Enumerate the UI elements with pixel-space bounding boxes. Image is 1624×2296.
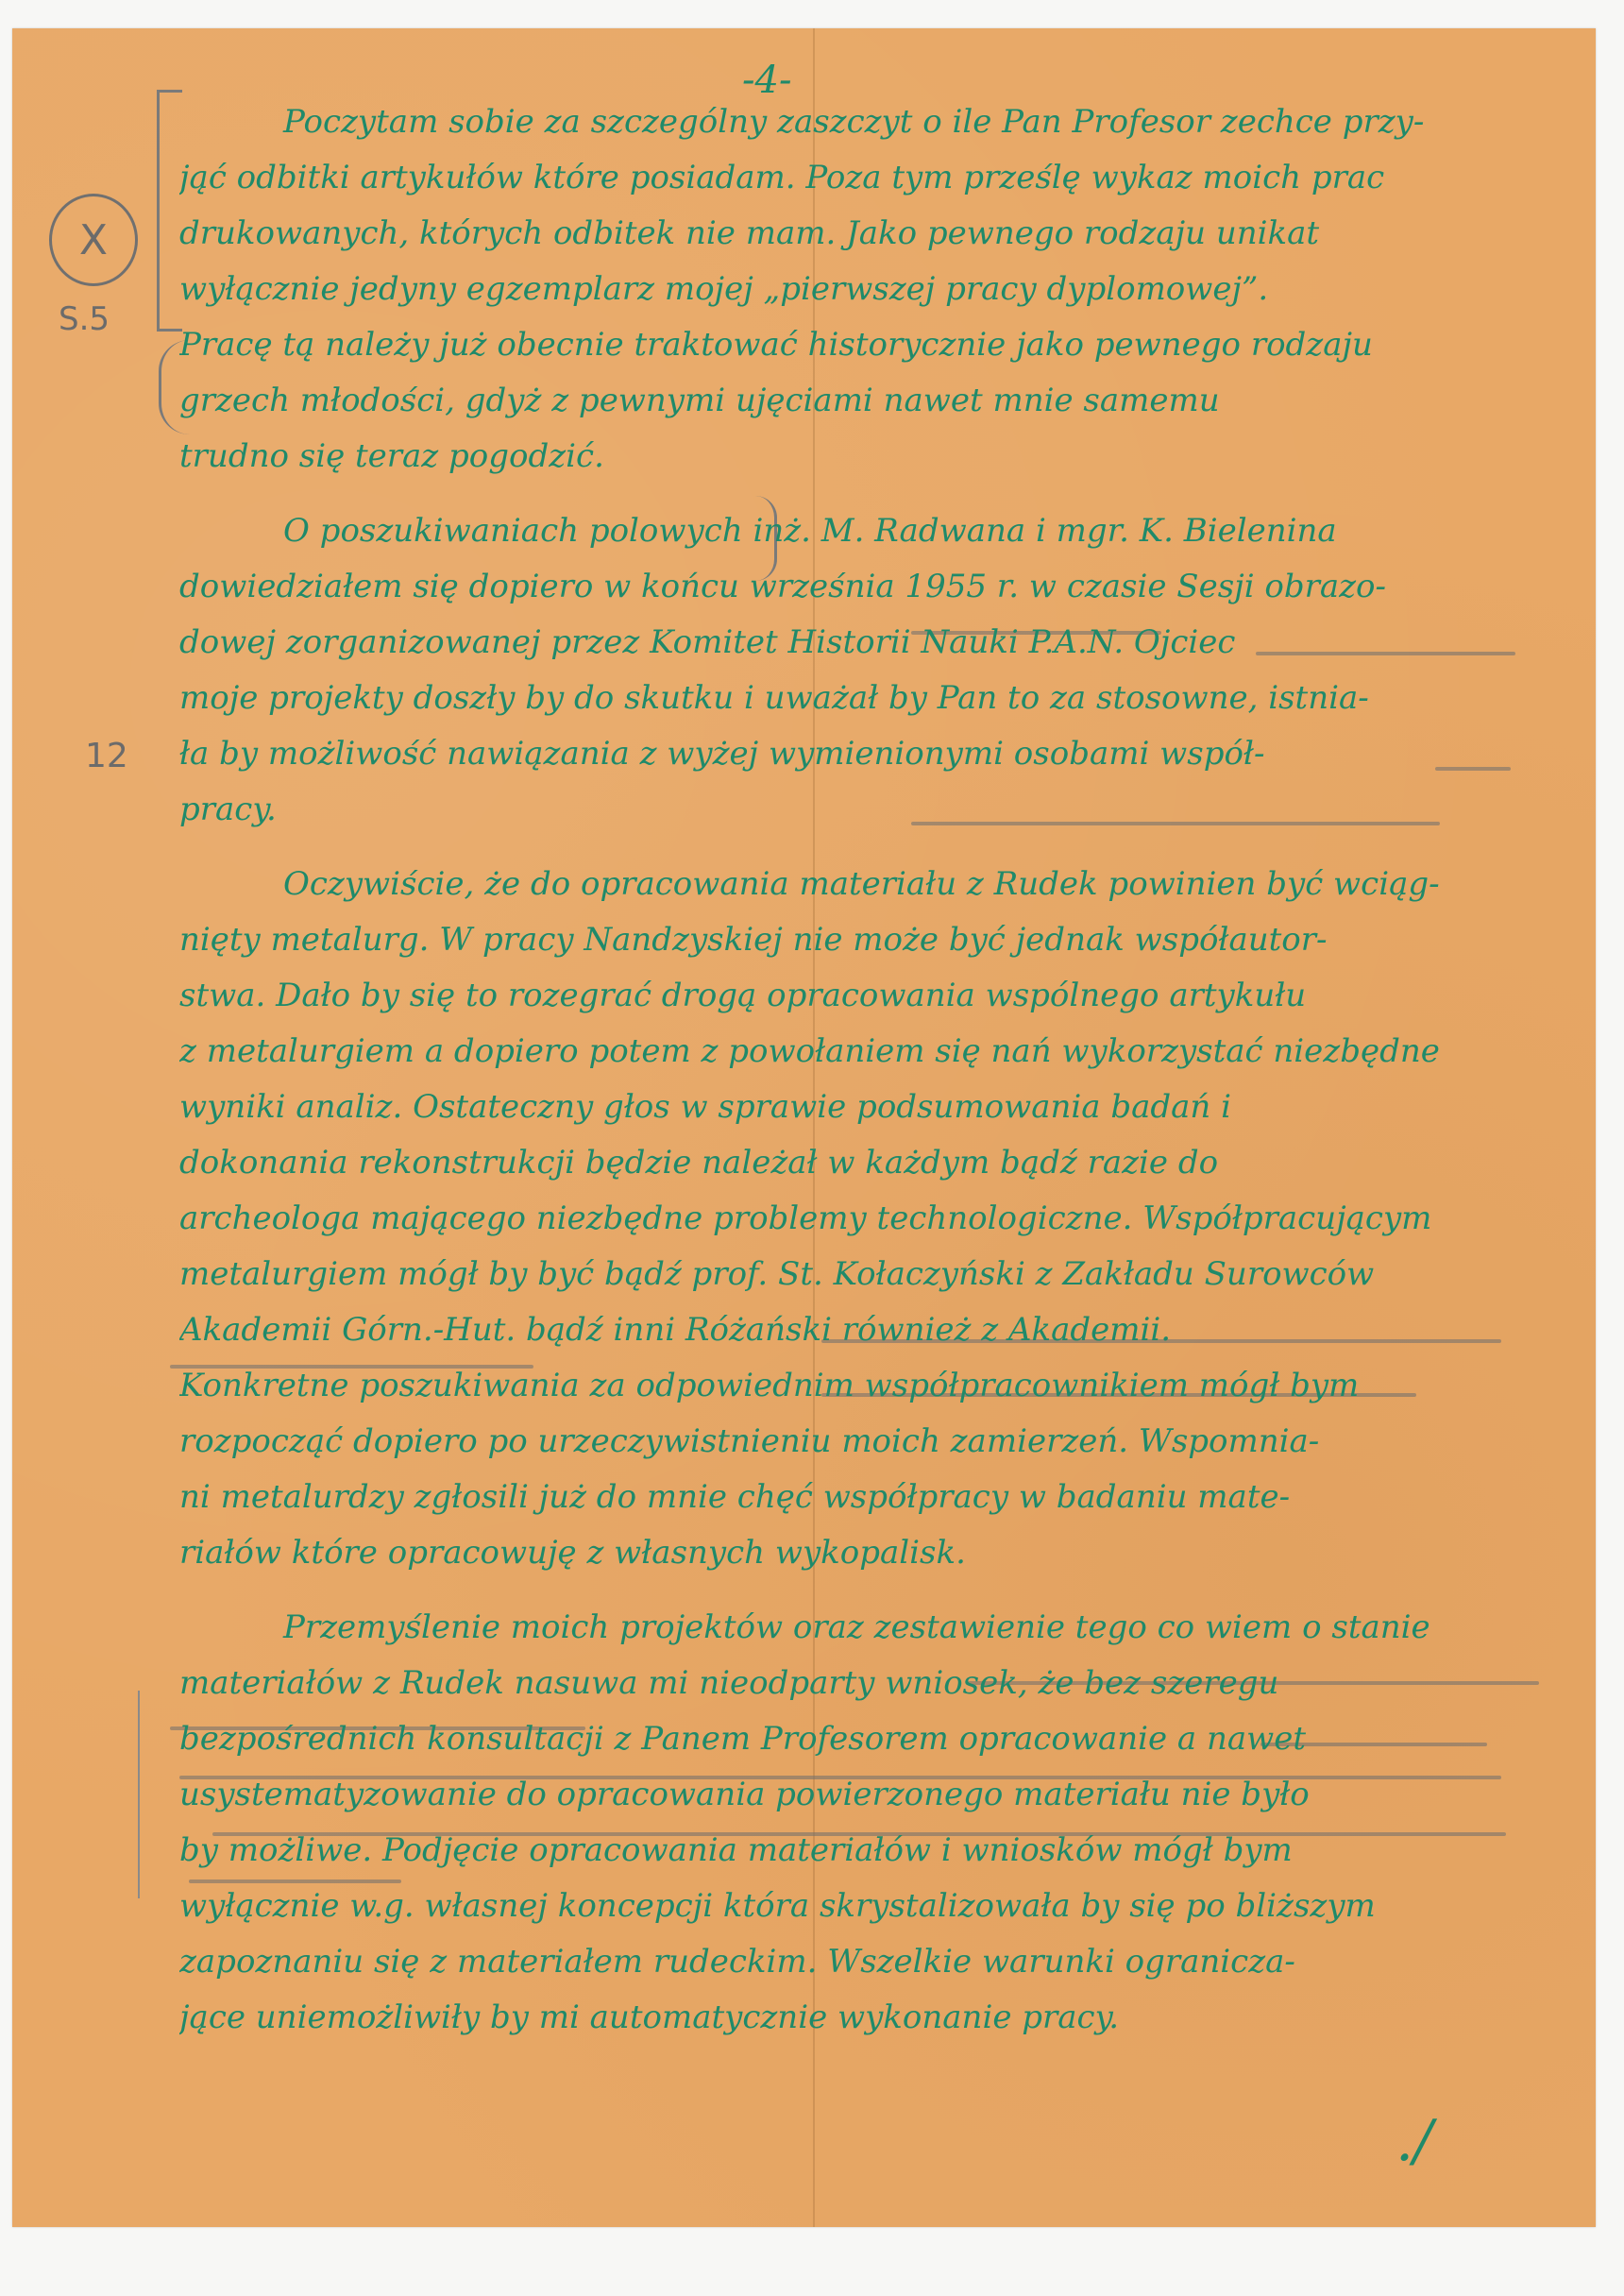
circled-x-annotation: X [49, 194, 138, 286]
text-line: ni metalurdzy zgłosili już do mnie chęć … [179, 1470, 1567, 1525]
pencil-margin-bar [138, 1691, 140, 1898]
text-line: Przemyślenie moich projektów oraz zestaw… [179, 1600, 1567, 1656]
text-line: wyłącznie jedyny egzemplarz mojej „pierw… [179, 262, 1567, 317]
text-line: Konkretne poszukiwania za odpowiednim ws… [179, 1358, 1567, 1414]
text-line: drukowanych, których odbitek nie mam. Ja… [179, 206, 1567, 262]
circled-x-mark: X [79, 216, 108, 264]
text-line: moje projekty doszły by do skutku i uważ… [179, 671, 1567, 726]
text-line: jące uniemożliwiły by mi automatycznie w… [179, 1990, 1567, 2046]
margin-note-12: 12 [85, 737, 128, 775]
text-line: jąć odbitki artykułów które posiadam. Po… [179, 150, 1567, 206]
text-line: Pracę tą należy już obecnie traktować hi… [179, 317, 1567, 373]
paragraph-4: Przemyślenie moich projektów oraz zestaw… [179, 1600, 1567, 2046]
text-line: bezpośrednich konsultacji z Panem Profes… [179, 1711, 1567, 1767]
text-line: z metalurgiem a dopiero potem z powołani… [179, 1024, 1567, 1080]
text-line: metalurgiem mógł by być bądź prof. St. K… [179, 1247, 1567, 1302]
letter-body: Poczytam sobie za szczególny zaszczyt o … [179, 94, 1567, 2046]
pencil-bracket [157, 90, 182, 332]
margin-note-s5: S.5 [59, 300, 110, 338]
text-line: O poszukiwaniach polowych inż. M. Radwan… [179, 503, 1567, 559]
text-line: archeologa mającego niezbędne problemy t… [179, 1191, 1567, 1247]
paragraph-3: Oczywiście, że do opracowania materiału … [179, 857, 1567, 1581]
text-line: dokonania rekonstrukcji będzie należał w… [179, 1135, 1567, 1191]
text-line: dowiedziałem się dopiero w końcu wrześni… [179, 559, 1567, 615]
text-line: rozpocząć dopiero po urzeczywistnieniu m… [179, 1414, 1567, 1470]
paragraph-2: O poszukiwaniach polowych inż. M. Radwan… [179, 503, 1567, 838]
text-line: Akademii Górn.-Hut. bądź inni Różański r… [179, 1302, 1567, 1358]
text-line: by możliwe. Podjęcie opracowania materia… [179, 1823, 1567, 1879]
text-line: wyłącznie w.g. własnej koncepcji która s… [179, 1879, 1567, 1934]
text-line: wyniki analiz. Ostateczny głos w sprawie… [179, 1080, 1567, 1135]
text-line: Oczywiście, że do opracowania materiału … [179, 857, 1567, 912]
text-line: grzech młodości, gdyż z pewnymi ujęciami… [179, 373, 1567, 429]
text-line: riałów które opracowuję z własnych wykop… [179, 1525, 1567, 1581]
text-line: materiałów z Rudek nasuwa mi nieodparty … [179, 1656, 1567, 1711]
paragraph-1: Poczytam sobie za szczególny zaszczyt o … [179, 94, 1567, 485]
text-line: dowej zorganizowanej przez Komitet Histo… [179, 615, 1567, 671]
text-line: zapoznaniu się z materiałem rudeckim. Ws… [179, 1934, 1567, 1990]
text-line: Poczytam sobie za szczególny zaszczyt o … [179, 94, 1567, 150]
text-line: stwa. Dało by się to rozegrać drogą opra… [179, 968, 1567, 1024]
text-line: trudno się teraz pogodzić. [179, 429, 1567, 485]
text-line: pracy. [179, 782, 1567, 838]
closing-mark: ./ [1396, 2108, 1432, 2174]
text-line: usystematyzowanie do opracowania powierz… [179, 1767, 1567, 1823]
text-line: nięty metalurg. W pracy Nandzyskiej nie … [179, 912, 1567, 968]
text-line: ła by możliwość nawiązania z wyżej wymie… [179, 726, 1567, 782]
